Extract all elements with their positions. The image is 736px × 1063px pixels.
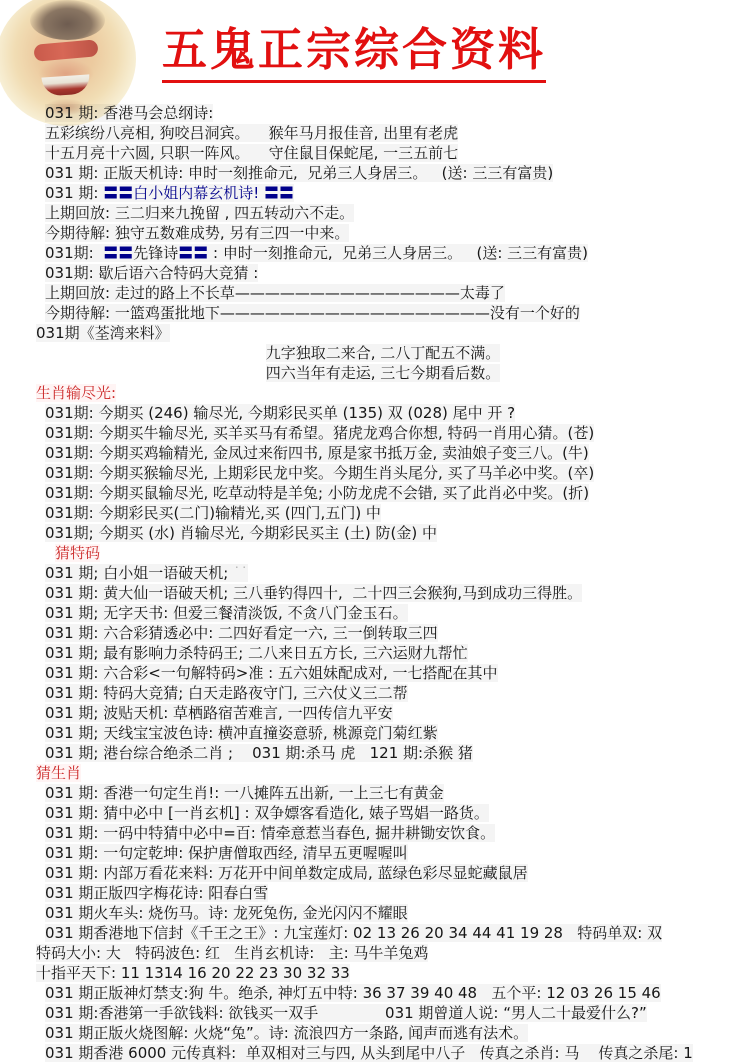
- content-line: 031 期: 六合彩<一句解特码>准 : 五六姐妹配成对, 一七搭配在其中: [36, 663, 730, 683]
- content-line: 031 期正版四字梅花诗: 阳春白雪: [36, 883, 730, 903]
- content-line-text: 031期: 今期买鼠输尽光, 吃草动特是羊兔; 小防龙虎不会错, 买了此肖必中奖…: [45, 484, 589, 502]
- content-line: 031 期: 特码大竞猜; 白天走路夜守门, 三六仗义三二帮: [36, 683, 730, 703]
- content-line: 031 期火车头: 烧伤马。诗: 龙死兔伤, 金光闪闪不耀眼: [36, 903, 730, 923]
- content-line: 四六当年有走运, 三七今期看后数。: [36, 363, 730, 383]
- content-line: 031 期; 无字天书: 但爱三餐清淡饭, 不贪八门金玉石。: [36, 603, 730, 623]
- section-shengxiao-shujinguang: 生肖输尽光: 031期: 今期买 (246) 输尽光, 今期彩民买单 (135)…: [36, 383, 730, 543]
- content-line-text: 031 期:香港第一手欲钱料: 欲钱买一双手 031 期曾道人说: “男人二十最…: [45, 1004, 647, 1022]
- text-part: 〓〓: [178, 244, 208, 262]
- content-line-text: 031 期; 波贴天机: 草栖路宿苦难言, 一四传信九平安: [45, 704, 393, 722]
- text: 猜特码: [55, 544, 100, 562]
- content-line: 031 期: 一句定乾坤: 保护唐僧取西经, 清早五更喔喔叫: [36, 843, 730, 863]
- content-line: 031 期香港地下信封《千王之王》: 九宝莲灯: 02 13 26 20 34 …: [36, 923, 730, 943]
- content-line: 031 期: 正版天机诗: 申时一刻推命元, 兄弟三人身居三。 (送: 三三有富…: [36, 163, 730, 183]
- content-line-text: 031 期: 正版天机诗: 申时一刻推命元, 兄弟三人身居三。 (送: 三三有富…: [45, 164, 553, 182]
- content-line: 031 期: 内部万看花来料: 万花开中间单数定成局, 蓝绿色彩尽显蛇藏鼠居: [36, 863, 730, 883]
- content-line-text: 031期: 今期彩民买(二门)输精光,买 (四门,五门) 中: [45, 504, 381, 522]
- content-line-text: 031期; 今期买 (水) 肖输尽光, 今期彩民买主 (土) 防(金) 中: [45, 524, 437, 542]
- content-line: 031期: 今期彩民买(二门)输精光,买 (四门,五门) 中: [36, 503, 730, 523]
- text-part: 031 期; 白小姐一语破天机;: [45, 564, 228, 582]
- content-line-text: 十指平天下: 11 1314 16 20 22 23 30 32 33: [36, 964, 350, 982]
- content-line-text: 031 期: 猜中必中 [一肖玄机] : 双争嫖客看造化, 婊子骂娼一路货。: [45, 804, 489, 822]
- content-line-text: 031期: 歇后语六合特码大竞猜 :: [45, 264, 258, 282]
- content-line-text: 031 期火车头: 烧伤马。诗: 龙死兔伤, 金光闪闪不耀眼: [45, 904, 408, 922]
- content-line: 031 期: 黄大仙一语破天机; 三八垂钓得四十, 二十四三会猴狗,马到成功三得…: [36, 583, 730, 603]
- content-line-text: 031 期; 天线宝宝波色诗: 横冲直撞姿意骄, 桃源竞门菊红紫: [45, 724, 438, 742]
- content-line-text: 031 期正版四字梅花诗: 阳春白雪: [45, 884, 268, 902]
- portrait-hair: [30, 0, 106, 40]
- text-part: 〓〓白小姐内幕玄机诗! 〓〓: [103, 184, 294, 202]
- content-line-text: 031期: 今期买鸡输精光, 金凤过来衔四书, 原是家书抵万金, 卖油娘子变三八…: [45, 444, 589, 462]
- content-line-text: 上期回放: 三二归来九挽留 , 四五转动六不走。: [45, 204, 354, 222]
- content-line-text: 特码大小: 大 特码波色: 红 生肖玄机诗: 主: 马牛羊兔鸡: [36, 944, 428, 962]
- content-line: 031 期正版神灯禁支:狗 牛。绝杀, 神灯五中特: 36 37 39 40 4…: [36, 983, 730, 1003]
- content-line: 十五月亮十六圆, 只职一阵风。 守住鼠目保蛇尾, 一三五前七: [36, 143, 730, 163]
- content-line: 031 期香港 6000 元传真料: 单双相对三与四, 从头到尾中八子 传真之杀…: [36, 1043, 730, 1063]
- text-part: 031 期:: [45, 184, 103, 202]
- content-line: 031期: 今期买鼠输尽光, 吃草动特是羊兔; 小防龙虎不会错, 买了此肖必中奖…: [36, 483, 730, 503]
- content-line: 031期: 〓〓先锋诗〓〓 : 申时一刻推命元, 兄弟三人身居三。 (送: 三三…: [36, 243, 730, 263]
- content-line-text: 031期: 〓〓先锋诗〓〓 : 申时一刻推命元, 兄弟三人身居三。 (送: 三三…: [45, 244, 588, 262]
- content-line-text: 031 期正版火烧图解: 火烧“兔”。诗: 流浪四方一条路, 闻声而逃有法术。: [45, 1024, 528, 1042]
- content-line: 031期; 今期买 (水) 肖输尽光, 今期彩民买主 (土) 防(金) 中: [36, 523, 730, 543]
- text-part: ˙˙: [228, 564, 248, 582]
- content-line: 031 期: 六合彩猜透必中: 二四好看定一六, 三一倒转取三四: [36, 623, 730, 643]
- content-line-text: 031期: 今期买牛输尽光, 买羊买马有希望。猪虎龙鸡合你想, 特码一肖用心猜。…: [45, 424, 594, 442]
- content-line: 031 期; 波贴天机: 草栖路宿苦难言, 一四传信九平安: [36, 703, 730, 723]
- content-line-text: 十五月亮十六圆, 只职一阵风。 守住鼠目保蛇尾, 一三五前七: [45, 144, 458, 162]
- content-line: 上期回放: 走过的路上不长草———————————————太毒了: [36, 283, 730, 303]
- content-line-text: 031 期: 香港马会总纲诗:: [45, 104, 213, 122]
- content-line-text: 031 期: 香港一句定生肖!: 一八摊阵五出新, 一上三七有黄金: [45, 784, 444, 802]
- content-line: 031 期: 一码中特猜中必中=百: 情牵意惹当春色, 掘井耕锄安饮食。: [36, 823, 730, 843]
- section-intro: 031 期: 香港马会总纲诗:五彩缤纷八亮相, 狗咬吕洞宾。 猴年马月报佳音, …: [36, 103, 730, 383]
- section-lines: 031 期: 香港马会总纲诗:五彩缤纷八亮相, 狗咬吕洞宾。 猴年马月报佳音, …: [36, 103, 730, 383]
- content-line: 今期待解: 独守五数难成势, 另有三四一中来。: [36, 223, 730, 243]
- portrait-smile: [42, 75, 91, 97]
- content-line-text: 031 期: 一句定乾坤: 保护唐僧取西经, 清早五更喔喔叫: [45, 844, 408, 862]
- section-header: 猜特码: [36, 543, 730, 563]
- content-line: 031期: 歇后语六合特码大竞猜 :: [36, 263, 730, 283]
- content-line: 031期《荃湾来料》: [36, 323, 730, 343]
- content-line: 031期: 今期买 (246) 输尽光, 今期彩民买单 (135) 双 (028…: [36, 403, 730, 423]
- content-line-text: 031 期: 内部万看花来料: 万花开中间单数定成局, 蓝绿色彩尽显蛇藏鼠居: [45, 864, 528, 882]
- content-line: 特码大小: 大 特码波色: 红 生肖玄机诗: 主: 马牛羊兔鸡: [36, 943, 730, 963]
- content-line-text: 031 期; 港台综合绝杀二肖 ; 031 期:杀马 虎 121 期:杀猴 猪: [45, 744, 473, 762]
- content-line: 031 期; 白小姐一语破天机; ˙˙: [36, 563, 730, 583]
- content-line: 九字独取二来合, 二八丁配五不满。: [36, 343, 730, 363]
- content-line: 031 期: 〓〓白小姐内幕玄机诗! 〓〓: [36, 183, 730, 203]
- content-line: 031期: 今期买牛输尽光, 买羊买马有希望。猪虎龙鸡合你想, 特码一肖用心猜。…: [36, 423, 730, 443]
- content-line-text: 031 期; 无字天书: 但爱三餐清淡饭, 不贪八门金玉石。: [45, 604, 408, 622]
- text-part: 031期:: [45, 244, 103, 262]
- content-line: 031期: 今期买鸡输精光, 金凤过来衔四书, 原是家书抵万金, 卖油娘子变三八…: [36, 443, 730, 463]
- content-line: 十指平天下: 11 1314 16 20 22 23 30 32 33: [36, 963, 730, 983]
- content-line: 031 期; 港台综合绝杀二肖 ; 031 期:杀马 虎 121 期:杀猴 猪: [36, 743, 730, 763]
- content-line: 031期: 今期买猴输尽光, 上期彩民龙中奖。今期生肖头尾分, 买了马羊必中奖。…: [36, 463, 730, 483]
- text-part: 先锋诗: [133, 244, 178, 262]
- content-line-text: 031 期: 六合彩<一句解特码>准 : 五六姐妹配成对, 一七搭配在其中: [45, 664, 498, 682]
- content-line: 031 期:香港第一手欲钱料: 欲钱买一双手 031 期曾道人说: “男人二十最…: [36, 1003, 730, 1023]
- content-line-text: 031 期: 一码中特猜中必中=百: 情牵意惹当春色, 掘井耕锄安饮食。: [45, 824, 495, 842]
- content-line-text: 四六当年有走运, 三七今期看后数。: [266, 364, 501, 382]
- content-line-text: 九字独取二来合, 二八丁配五不满。: [266, 344, 501, 362]
- section-lines: 031 期; 白小姐一语破天机; ˙˙031 期: 黄大仙一语破天机; 三八垂钓…: [36, 563, 730, 763]
- content-line: 上期回放: 三二归来九挽留 , 四五转动六不走。: [36, 203, 730, 223]
- content-line: 031 期; 最有影响力杀特码王; 二八来日五方长, 三六运财九帮忙: [36, 643, 730, 663]
- text: 猜生肖: [36, 764, 81, 782]
- content-line-text: 031 期: 黄大仙一语破天机; 三八垂钓得四十, 二十四三会猴狗,马到成功三得…: [45, 584, 582, 602]
- section-header: 生肖输尽光:: [36, 383, 730, 403]
- content-line-text: 031期: 今期买猴输尽光, 上期彩民龙中奖。今期生肖头尾分, 买了马羊必中奖。…: [45, 464, 594, 482]
- text: 五鬼正宗综合资料: [162, 23, 546, 76]
- content-line-text: 今期待解: 一篮鸡蛋批地下——————————————————没有一个好的: [45, 304, 580, 322]
- content-line-text: 031 期香港地下信封《千王之王》: 九宝莲灯: 02 13 26 20 34 …: [45, 924, 662, 942]
- content-line-text: 031 期: 〓〓白小姐内幕玄机诗! 〓〓: [45, 184, 294, 202]
- page-title: 五鬼正宗综合资料: [162, 24, 546, 83]
- content-line: 031 期: 香港马会总纲诗:: [36, 103, 730, 123]
- content-line: 031 期: 猜中必中 [一肖玄机] : 双争嫖客看造化, 婊子骂娼一路货。: [36, 803, 730, 823]
- section-cai-shengxiao: 猜生肖 031 期: 香港一句定生肖!: 一八摊阵五出新, 一上三七有黄金031…: [36, 763, 730, 1063]
- text-part: : 申时一刻推命元, 兄弟三人身居三。 (送: 三三有富贵): [208, 244, 588, 262]
- content-line: 031 期正版火烧图解: 火烧“兔”。诗: 流浪四方一条路, 闻声而逃有法术。: [36, 1023, 730, 1043]
- text-part: 〓〓: [103, 244, 133, 262]
- section-cai-tema: 猜特码 031 期; 白小姐一语破天机; ˙˙031 期: 黄大仙一语破天机; …: [36, 543, 730, 763]
- content-line-text: 031 期正版神灯禁支:狗 牛。绝杀, 神灯五中特: 36 37 39 40 4…: [45, 984, 661, 1002]
- content-line-text: 031 期: 六合彩猜透必中: 二四好看定一六, 三一倒转取三四: [45, 624, 438, 642]
- content-line-text: 031期: 今期买 (246) 输尽光, 今期彩民买单 (135) 双 (028…: [45, 404, 515, 422]
- content-line: 031 期; 天线宝宝波色诗: 横冲直撞姿意骄, 桃源竞门菊红紫: [36, 723, 730, 743]
- content-line: 今期待解: 一篮鸡蛋批地下——————————————————没有一个好的: [36, 303, 730, 323]
- content-line-text: 031 期; 最有影响力杀特码王; 二八来日五方长, 三六运财九帮忙: [45, 644, 468, 662]
- section-lines: 031期: 今期买 (246) 输尽光, 今期彩民买单 (135) 双 (028…: [36, 403, 730, 543]
- content-line-text: 031 期香港 6000 元传真料: 单双相对三与四, 从头到尾中八子 传真之杀…: [45, 1044, 693, 1062]
- section-lines: 031 期: 香港一句定生肖!: 一八摊阵五出新, 一上三七有黄金031 期: …: [36, 783, 730, 1063]
- text: 生肖输尽光:: [36, 384, 116, 402]
- content-line-text: 031 期; 白小姐一语破天机; ˙˙: [45, 564, 248, 582]
- content-line-text: 上期回放: 走过的路上不长草———————————————太毒了: [45, 284, 505, 302]
- content-line: 五彩缤纷八亮相, 狗咬吕洞宾。 猴年马月报佳音, 出里有老虎: [36, 123, 730, 143]
- content-line-text: 五彩缤纷八亮相, 狗咬吕洞宾。 猴年马月报佳音, 出里有老虎: [45, 124, 458, 142]
- content-line-text: 031期《荃湾来料》: [36, 324, 170, 342]
- content-body: 031 期: 香港马会总纲诗:五彩缤纷八亮相, 狗咬吕洞宾。 猴年马月报佳音, …: [36, 103, 730, 1063]
- content-line-text: 031 期: 特码大竞猜; 白天走路夜守门, 三六仗义三二帮: [45, 684, 408, 702]
- content-line-text: 今期待解: 独守五数难成势, 另有三四一中来。: [45, 224, 349, 242]
- content-line: 031 期: 香港一句定生肖!: 一八摊阵五出新, 一上三七有黄金: [36, 783, 730, 803]
- section-header: 猜生肖: [36, 763, 730, 783]
